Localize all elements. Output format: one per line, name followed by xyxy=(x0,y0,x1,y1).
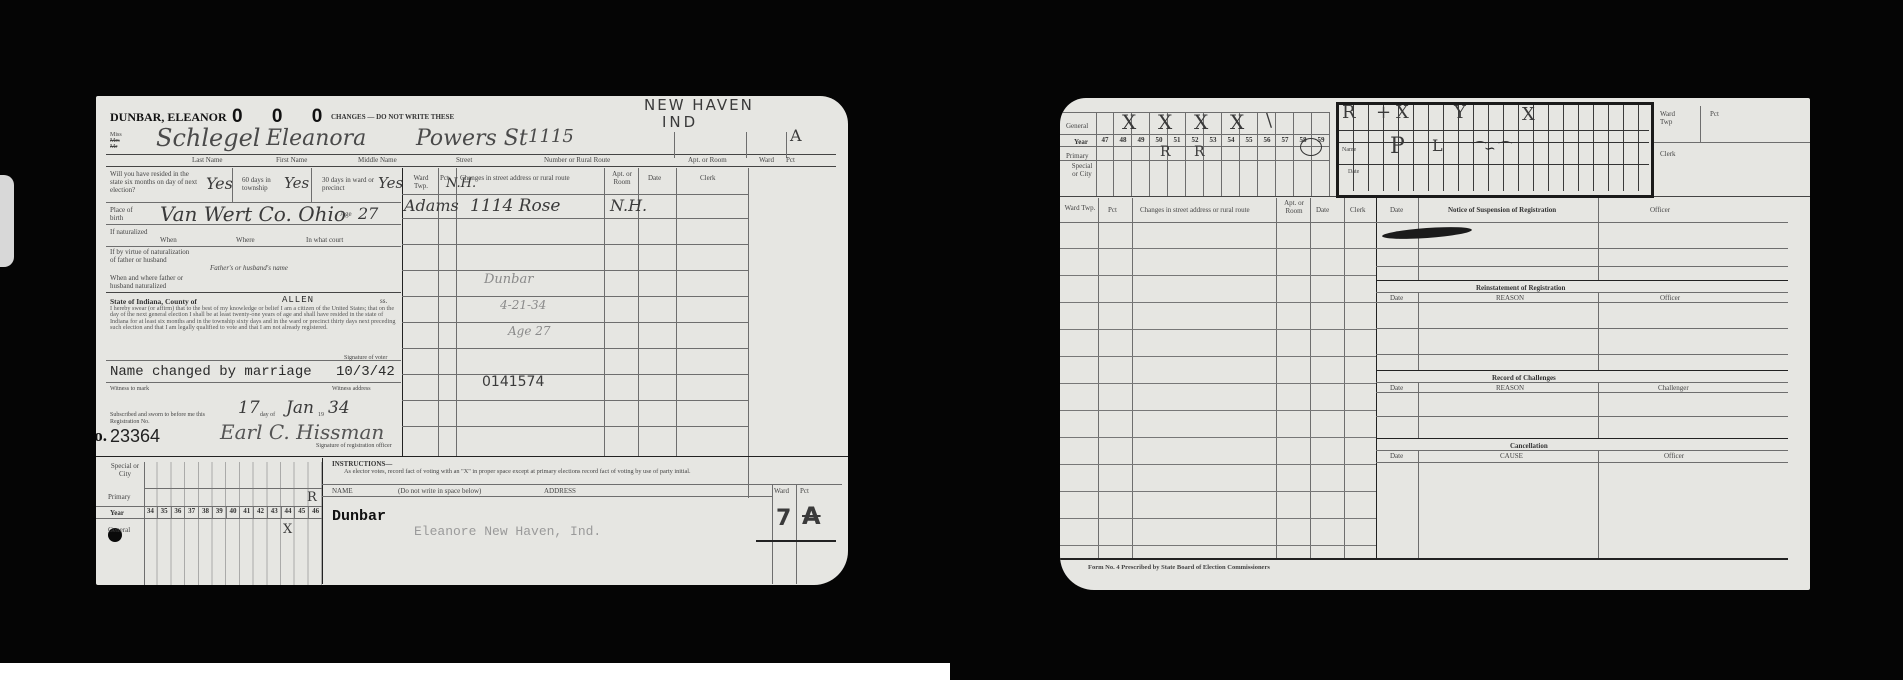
faint-note-2: 4-21-34 xyxy=(500,298,546,312)
col-apt-room: Apt. or Room xyxy=(608,170,636,186)
rule xyxy=(1060,558,1788,560)
vr-year: 49 xyxy=(1132,136,1150,146)
father-husband-naturalized-label: When and where father or husband natural… xyxy=(110,274,200,290)
instructions-text: As elector votes, record fact of voting … xyxy=(344,468,784,475)
prefix-mr: Mr xyxy=(110,144,117,150)
row-ward: Adams xyxy=(404,196,459,215)
rule xyxy=(1376,438,1788,439)
rule xyxy=(106,224,401,225)
bottom-name-label: NAME xyxy=(332,487,353,495)
cancellation-col-cause: CAUSE xyxy=(1500,452,1523,460)
residence-township-question: 60 days in township xyxy=(242,176,282,192)
age-label: Age xyxy=(340,210,352,218)
registration-officer-label: Signature of registration officer xyxy=(316,442,392,450)
challenges-col-reason: REASON xyxy=(1496,384,1524,392)
rule xyxy=(232,168,233,202)
vr-year: 57 xyxy=(1276,136,1294,146)
naturalized-when: When xyxy=(160,236,177,244)
primary-mark: L xyxy=(1432,136,1443,155)
voter-registration-card-back: General Year Primary Special or City 47 … xyxy=(1060,98,1810,590)
row-overwrite-note: N.H. xyxy=(446,176,476,191)
challenges-col-date: Date xyxy=(1390,384,1403,392)
rule xyxy=(1654,142,1810,143)
rule xyxy=(1376,280,1788,281)
rule xyxy=(1418,292,1419,370)
residence-state-answer: Yes xyxy=(206,174,233,193)
label-first-name: First Name xyxy=(276,156,307,164)
rule xyxy=(1418,198,1419,280)
vr-label-primary: Primary xyxy=(108,493,131,501)
vote-mark: X xyxy=(1158,110,1172,134)
suspension-col-date: Date xyxy=(1390,206,1403,214)
label-middle-name: Middle Name xyxy=(358,156,397,164)
vote-mark: X xyxy=(1122,110,1136,134)
rule xyxy=(106,292,401,293)
rule xyxy=(1376,292,1788,293)
name-row-rule xyxy=(106,154,836,155)
rule xyxy=(756,540,836,542)
sworn-day: 17 xyxy=(238,398,260,418)
rule xyxy=(1418,450,1419,558)
rule xyxy=(1376,392,1788,393)
label-number: Number or Rural Route xyxy=(544,156,610,164)
father-husband-name-label: Father's or husband's name xyxy=(210,264,288,272)
signature-voter-label: Signature of voter xyxy=(344,354,387,362)
rule xyxy=(1376,328,1788,329)
sworn-month: Jan xyxy=(286,398,314,418)
rule xyxy=(106,246,401,247)
rule xyxy=(1376,198,1377,558)
vr-year: 55 xyxy=(1240,136,1258,146)
rule xyxy=(106,166,836,167)
handwritten-location-1: NEW HAVEN xyxy=(644,96,754,114)
row-apt: N.H. xyxy=(610,196,647,215)
rule xyxy=(1339,130,1649,131)
reinstatement-col-officer: Officer xyxy=(1660,294,1680,302)
rule xyxy=(402,168,403,456)
witness-mark-label: Witness to mark xyxy=(110,385,149,393)
rule xyxy=(1598,382,1599,438)
adjacent-card-edge xyxy=(0,175,14,267)
redacted-entry xyxy=(1382,225,1472,241)
vr-label-special: Special or City xyxy=(108,462,142,478)
vote-mark: Y xyxy=(1454,102,1466,123)
oath-text: I hereby swear (or affirm) that to the b… xyxy=(110,306,398,332)
rule xyxy=(1376,302,1788,303)
back-changes-rows xyxy=(1060,222,1376,558)
residence-ward-question: 30 days in ward or precinct xyxy=(322,176,378,192)
rule xyxy=(402,400,748,401)
rule xyxy=(1376,382,1788,383)
rule xyxy=(402,348,748,349)
vr-year: 53 xyxy=(1204,136,1222,146)
back-col-clerk: Clerk xyxy=(1350,206,1366,214)
vr-label-year: Year xyxy=(110,509,124,518)
rule xyxy=(1700,106,1701,142)
rule xyxy=(322,496,772,497)
back-vr-right-date: Date xyxy=(1348,168,1359,176)
registration-officer-signature: Earl C. Hissman xyxy=(220,420,384,444)
reinstatement-col-date: Date xyxy=(1390,294,1403,302)
rule xyxy=(322,458,323,584)
vote-mark: + xyxy=(1376,102,1391,123)
back-col-date: Date xyxy=(1316,206,1329,214)
bottom-ward-label: Ward xyxy=(774,487,789,495)
back-clerk-label: Clerk xyxy=(1660,150,1676,158)
naturalized-label: If naturalized xyxy=(110,228,148,236)
rule xyxy=(1060,222,1376,223)
back-col-pct: Pct xyxy=(1108,206,1117,214)
rule xyxy=(402,322,748,323)
sworn-day-of: day of xyxy=(260,411,275,419)
rule xyxy=(1598,198,1599,280)
rule xyxy=(1376,354,1788,355)
bottom-pct-value: A xyxy=(802,502,821,530)
primary-mark: R xyxy=(1194,144,1205,160)
sworn-year: 34 xyxy=(328,398,350,418)
rule xyxy=(402,426,748,427)
naturalized-court: In what court xyxy=(306,236,343,244)
label-apt: Apt. or Room xyxy=(688,156,727,164)
rule xyxy=(106,382,401,383)
vote-mark: X xyxy=(1194,110,1208,134)
rule xyxy=(1339,164,1649,165)
bottom-typed-surname: Dunbar xyxy=(332,508,386,525)
rule xyxy=(402,374,748,375)
street-value: Powers St xyxy=(416,126,528,151)
cancellation-col-officer: Officer xyxy=(1664,452,1684,460)
oath-county-value: ALLEN xyxy=(282,295,314,305)
birth-value: Van Wert Co. Ohio xyxy=(160,202,346,226)
col-changes: Changes in street address or rural route xyxy=(460,174,570,182)
rule xyxy=(748,168,749,498)
rule xyxy=(604,168,605,456)
row-change: 1114 Rose xyxy=(470,196,561,216)
vr-label-general: General xyxy=(108,526,130,534)
rule xyxy=(402,244,748,245)
ward-pct-handwritten: A xyxy=(790,126,802,145)
col-clerk: Clerk xyxy=(700,174,716,182)
rule xyxy=(674,132,675,158)
voter-registration-card-front: DUNBAR, ELEANOR 0 0 0 CHANGES — DO NOT W… xyxy=(96,96,848,585)
label-ward: Ward xyxy=(759,156,774,164)
rule xyxy=(1376,416,1788,417)
registration-no-label: Registration No. xyxy=(110,418,150,426)
col-date: Date xyxy=(648,174,661,182)
residence-ward-answer: Yes xyxy=(378,174,403,192)
rule xyxy=(1376,222,1788,223)
last-name-value: Schlegel xyxy=(156,124,260,152)
vr-year: 54 xyxy=(1222,136,1240,146)
rule xyxy=(1376,248,1788,249)
form-footer: Form No. 4 Prescribed by State Board of … xyxy=(1088,564,1270,572)
faint-note-3: Age 27 xyxy=(508,324,551,338)
label-last-name: Last Name xyxy=(192,156,223,164)
vr-year: 48 xyxy=(1114,136,1132,146)
vr-grid-lines xyxy=(144,462,322,585)
number-note: 0141574 xyxy=(482,374,544,390)
primary-mark: P xyxy=(1390,134,1405,159)
bottom-address-label: ADDRESS xyxy=(544,487,576,495)
label-pct: Pct xyxy=(786,156,795,164)
rule xyxy=(772,484,773,584)
rule xyxy=(1598,450,1599,558)
rule xyxy=(96,456,848,457)
rule xyxy=(1376,450,1788,451)
bottom-pct-label: Pct xyxy=(800,487,809,495)
residence-state-question: Will you have resided in the state six m… xyxy=(110,170,198,194)
vote-mark: X xyxy=(1230,110,1244,134)
challenges-col-challenger: Challenger xyxy=(1658,384,1689,392)
witness-address-label: Witness address xyxy=(332,385,371,393)
residence-township-answer: Yes xyxy=(284,174,309,192)
rule xyxy=(1418,382,1419,438)
rule xyxy=(676,168,677,456)
back-vr-label-primary: Primary xyxy=(1066,152,1089,160)
vr-year: 47 xyxy=(1096,136,1114,146)
reinstatement-col-reason: REASON xyxy=(1496,294,1524,302)
primary-mark: R xyxy=(1160,144,1171,160)
name-change-date: 10/3/42 xyxy=(336,364,395,380)
suspension-col-officer: Officer xyxy=(1650,206,1670,214)
rule xyxy=(1376,462,1788,463)
age-value: 27 xyxy=(358,204,378,223)
back-vr-right-name: Name xyxy=(1342,146,1356,154)
bottom-ward-value: 7 xyxy=(776,506,791,531)
rule xyxy=(402,270,748,271)
oath-ss: ss. xyxy=(380,297,387,305)
first-name-value: Eleanora xyxy=(266,126,366,151)
cancellation-col-date: Date xyxy=(1390,452,1403,460)
rule xyxy=(402,194,748,195)
rule xyxy=(1376,370,1788,371)
number-value: 1115 xyxy=(528,126,574,147)
bottom-typed-address: Eleanore New Haven, Ind. xyxy=(414,524,601,539)
back-vr-label-special: Special or City xyxy=(1068,162,1096,178)
vr-primary-mark-46: R xyxy=(307,490,317,505)
scribble-mark: ⌒∽⌒ xyxy=(1470,138,1510,158)
back-ward-label: Ward Twp xyxy=(1660,110,1684,126)
vote-mark: R xyxy=(1342,102,1356,123)
vr-general-mark-44: X xyxy=(283,522,292,537)
vote-mark: \ xyxy=(1266,110,1272,131)
back-col-ward-twp: Ward Twp. xyxy=(1064,204,1096,212)
rule xyxy=(746,132,747,158)
vote-mark: X xyxy=(1522,104,1535,125)
sworn-year-prefix: 19 xyxy=(318,411,324,419)
rule xyxy=(1376,266,1788,267)
rule xyxy=(322,484,842,485)
handwritten-location-2: IND xyxy=(662,113,698,131)
back-col-apt-room: Apt. or Room xyxy=(1280,199,1308,215)
back-pct-label: Pct xyxy=(1710,110,1719,118)
name-change-note: Name changed by marriage xyxy=(110,364,312,380)
naturalized-where: Where xyxy=(236,236,255,244)
vr-year: 56 xyxy=(1258,136,1276,146)
rule xyxy=(311,168,312,202)
suspension-col-notice: Notice of Suspension of Registration xyxy=(1448,206,1556,215)
registration-number: 23364 xyxy=(110,426,160,447)
registration-prefix: No. xyxy=(96,426,107,446)
rule xyxy=(1598,292,1599,370)
name-stamp: DUNBAR, ELEANOR xyxy=(110,110,227,125)
circle-mark xyxy=(1300,138,1322,156)
rule xyxy=(402,296,748,297)
birth-label: Place of birth xyxy=(110,206,140,222)
back-vr-year-strip: 47 48 49 50 51 52 53 54 55 56 57 58 59 xyxy=(1096,136,1330,146)
header-instruction: CHANGES — DO NOT WRITE THESE xyxy=(331,113,454,122)
back-vr-label-general: General xyxy=(1066,122,1088,130)
faint-note-1: Dunbar xyxy=(484,272,533,287)
col-ward-twp: Ward Twp. xyxy=(406,174,436,190)
label-street: Street xyxy=(456,156,472,164)
rule xyxy=(796,484,797,584)
vote-mark: X xyxy=(1396,102,1409,123)
bottom-no-write: (Do not write in space below) xyxy=(398,487,481,495)
rule xyxy=(786,132,787,158)
naturalized-by-virtue: If by virtue of naturalization of father… xyxy=(110,248,190,264)
white-strip xyxy=(0,663,950,680)
back-col-changes: Changes in street address or rural route xyxy=(1140,206,1250,214)
rule xyxy=(402,218,748,219)
